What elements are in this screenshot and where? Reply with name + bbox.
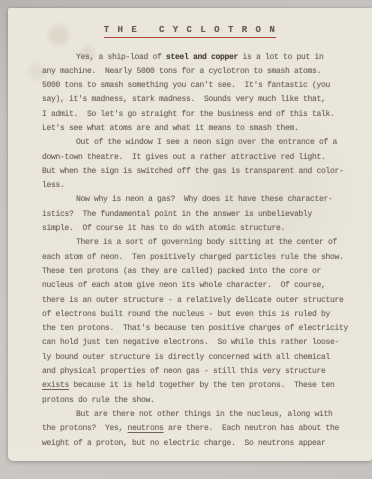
typed-line: the protons? Yes, neutrons are there. Ea… [42, 422, 350, 436]
text-segment: the protons? Yes, [42, 424, 128, 433]
typed-line: ly bound outer structure is directly con… [42, 351, 350, 365]
typed-line: These ten protons (as they are called) p… [42, 265, 350, 279]
typed-line: protons do rule the show. [42, 394, 350, 408]
typed-line: simple. Of course it has to do with atom… [42, 222, 350, 236]
text-segment: protons do rule the show. [42, 396, 155, 405]
text-segment: because it is held together by the ten p… [69, 381, 335, 390]
text-segment: But are there not other things in the nu… [76, 410, 333, 419]
text-segment: and physical properties of neon gas - st… [42, 367, 326, 376]
document-title: T H E C Y C L O T R O N [8, 25, 372, 38]
scanned-page-background: T H E C Y C L O T R O N Yes, a ship-load… [0, 0, 372, 479]
typed-line: and physical properties of neon gas - st… [42, 365, 350, 379]
text-segment: there is an outer structure - a relative… [42, 296, 344, 305]
underlined-term: exists [42, 381, 69, 390]
typed-line: each atom of neon. Ten positively charge… [42, 251, 350, 265]
text-segment: These ten protons (as they are called) p… [42, 267, 321, 276]
typed-line: there is an outer structure - a relative… [42, 294, 350, 308]
text-segment: ly bound outer structure is directly con… [42, 353, 330, 362]
typed-line: Now why is neon a gas? Why does it have … [42, 193, 350, 207]
text-segment: are there. Each neutron has about the [164, 424, 340, 433]
text-segment: say), it's madness, stark madness. Sound… [42, 95, 326, 104]
paragraph: Now why is neon a gas? Why does it have … [42, 193, 350, 236]
text-segment: is a lot to put in [238, 53, 324, 62]
typed-line: down-town theatre. It gives out a rather… [42, 151, 350, 165]
text-segment: 5000 tons to smash something you can't s… [42, 81, 330, 90]
text-segment: weight of a proton, but no electric char… [42, 439, 326, 448]
typed-line: But are there not other things in the nu… [42, 408, 350, 422]
typed-line: There is a sort of governing body sittin… [42, 236, 350, 250]
typed-line: can hold just ten negative electrons. So… [42, 336, 350, 350]
text-segment: But when the sign is switched off the ga… [42, 167, 344, 176]
typed-line: But when the sign is switched off the ga… [42, 165, 350, 179]
document-body: Yes, a ship-load of steel and copper is … [8, 51, 372, 451]
text-segment: less. [42, 181, 65, 190]
typed-line: 5000 tons to smash something you can't s… [42, 79, 350, 93]
typed-line: any machine. Nearly 5000 tons for a cycl… [42, 65, 350, 79]
text-segment: I admit. So let's go straight for the bu… [42, 110, 335, 119]
underlined-term: neutrons [128, 424, 164, 433]
typed-line: of electrons built round the nucleus - b… [42, 308, 350, 322]
text-segment: any machine. Nearly 5000 tons for a cycl… [42, 67, 321, 76]
text-segment: each atom of neon. Ten positively charge… [42, 253, 344, 262]
typed-line: the ten protons. That's because ten posi… [42, 322, 350, 336]
text-segment: of electrons built round the nucleus - b… [42, 310, 330, 319]
text-segment: simple. Of course it has to do with atom… [42, 224, 285, 233]
typed-line: Out of the window I see a neon sign over… [42, 136, 350, 150]
typed-line: less. [42, 179, 350, 193]
typed-line: exists because it is held together by th… [42, 379, 350, 393]
text-segment: the ten protons. That's because ten posi… [42, 324, 348, 333]
text-segment: Out of the window I see a neon sign over… [76, 138, 337, 147]
document-page: T H E C Y C L O T R O N Yes, a ship-load… [8, 8, 372, 461]
text-segment: can hold just ten negative electrons. So… [42, 338, 339, 347]
typed-line: Yes, a ship-load of steel and copper is … [42, 51, 350, 65]
text-segment: Now why is neon a gas? Why does it have … [76, 195, 333, 204]
typed-line: say), it's madness, stark madness. Sound… [42, 93, 350, 107]
typed-line: I admit. So let's go straight for the bu… [42, 108, 350, 122]
paragraph: There is a sort of governing body sittin… [42, 236, 350, 408]
typed-line: Let's see what atoms are and what it mea… [42, 122, 350, 136]
text-segment: istics? The fundamental point in the ans… [42, 210, 312, 219]
text-segment: There is a sort of governing body sittin… [76, 238, 337, 247]
paragraph: Out of the window I see a neon sign over… [42, 136, 350, 193]
text-segment: Yes, a ship-load of [76, 53, 166, 62]
paragraph: But are there not other things in the nu… [42, 408, 350, 451]
typed-line: nucleus of each atom give neon its whole… [42, 279, 350, 293]
paragraph: Yes, a ship-load of steel and copper is … [42, 51, 350, 137]
typed-line: istics? The fundamental point in the ans… [42, 208, 350, 222]
text-segment: Let's see what atoms are and what it mea… [42, 124, 299, 133]
typed-line: weight of a proton, but no electric char… [42, 437, 350, 451]
document-title-text: T H E C Y C L O T R O N [104, 25, 277, 38]
text-segment: down-town theatre. It gives out a rather… [42, 153, 326, 162]
emphasized-text: steel and copper [166, 53, 238, 62]
text-segment: nucleus of each atom give neon its whole… [42, 281, 326, 290]
